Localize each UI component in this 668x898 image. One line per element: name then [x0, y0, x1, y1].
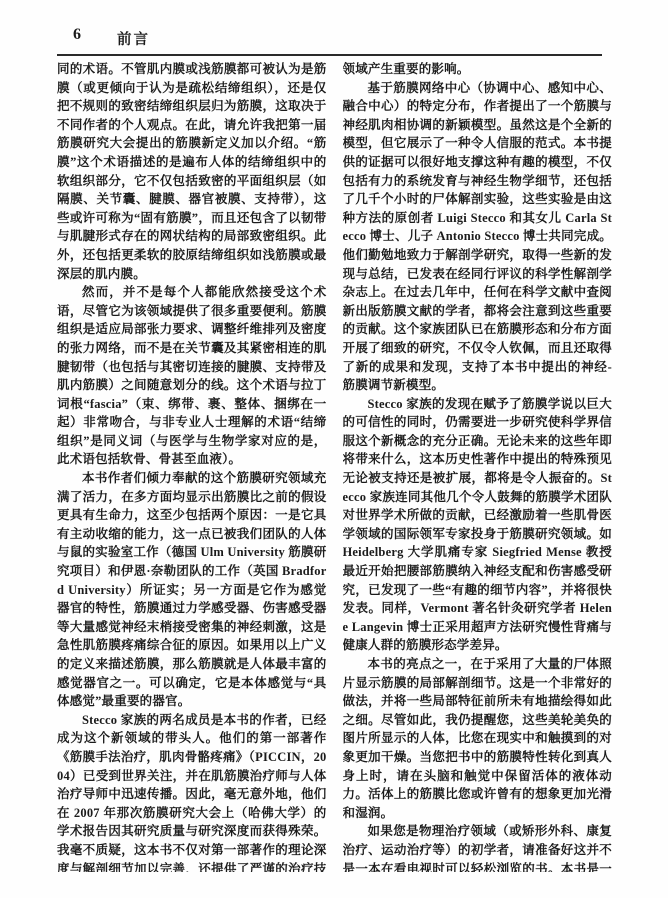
page-header: 6 前言	[57, 26, 602, 56]
page-number: 6	[73, 26, 82, 44]
text-columns: 同的术语。不管肌内膜或浅筋膜都可被认为是筋膜（或更倾向于认为是疏松结缔组织），还…	[57, 60, 612, 872]
paragraph: Stecco 家族的两名成员是本书的作者，已经成为这个新领域的带头人。他们的第一…	[57, 711, 327, 872]
paragraph: 本书作者们倾力奉献的这个筋膜研究领域充满了活力，在多方面均显示出筋膜比之前的假设…	[57, 469, 327, 711]
paragraph: 本书的亮点之一，在于采用了大量的尸体照片显示筋膜的局部解剖细节。这是一个非常好的…	[343, 655, 613, 822]
paragraph: 同的术语。不管肌内膜或浅筋膜都可被认为是筋膜（或更倾向于认为是疏松结缔组织），还…	[57, 60, 327, 283]
right-column: 领域产生重要的影响。 基于筋膜网络中心（协调中心、感知中心、融合中心）的特定分布…	[343, 60, 613, 872]
paragraph: 领域产生重要的影响。	[343, 60, 613, 79]
header-rule	[57, 54, 602, 56]
paragraph: Stecco 家族的发现在赋予了筋膜学说以巨大的可信性的同时，仍需要进一步研究使…	[343, 395, 613, 655]
header-title: 前言	[117, 28, 150, 49]
paragraph: 然而，并不是每个人都能欣然接受这个术语，尽管它为该领域提供了很多重要便利。筋膜组…	[57, 283, 327, 469]
paragraph: 如果您是物理治疗领域（或矫形外科、康复治疗、运动治疗等）的初学者，请准备好这并不…	[343, 822, 613, 872]
left-column: 同的术语。不管肌内膜或浅筋膜都可被认为是筋膜（或更倾向于认为是疏松结缔组织），还…	[57, 60, 327, 872]
book-page: 6 前言 同的术语。不管肌内膜或浅筋膜都可被认为是筋膜（或更倾向于认为是疏松结缔…	[0, 0, 668, 898]
paragraph: 基于筋膜网络中心（协调中心、感知中心、融合中心）的特定分布，作者提出了一个筋膜与…	[343, 79, 613, 395]
